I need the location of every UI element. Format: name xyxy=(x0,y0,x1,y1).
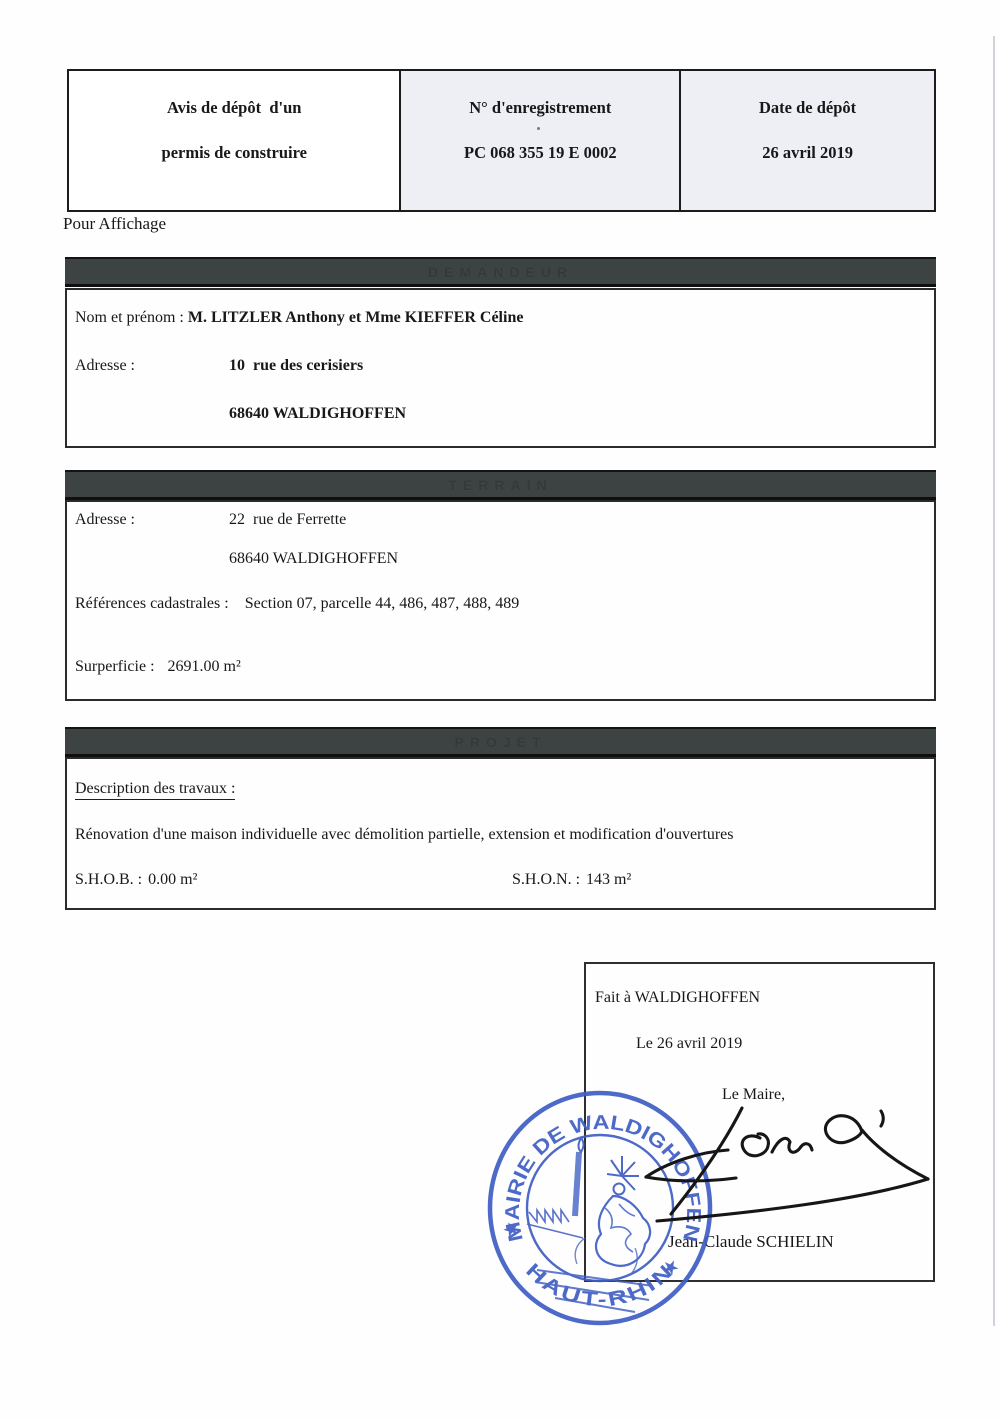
title-line2: permis de construire xyxy=(162,143,307,163)
registration-label: N° d'enregistrement xyxy=(469,98,611,118)
signature-strokes xyxy=(646,1108,928,1221)
header-cell-title: Avis de dépôt d'un permis de construire xyxy=(69,71,399,210)
scanned-document-page: Avis de dépôt d'un permis de construire … xyxy=(0,0,1000,1419)
description-value: Rénovation d'une maison individuelle ave… xyxy=(75,825,733,845)
registration-value: PC 068 355 19 E 0002 xyxy=(464,143,617,163)
header-table: Avis de dépôt d'un permis de construire … xyxy=(67,69,936,212)
header-cell-date: Date de dépôt 26 avril 2019 xyxy=(679,71,934,210)
area-value: 2691.00 m² xyxy=(168,658,241,675)
projet-box: Description des travaux : Rénovation d'u… xyxy=(65,757,936,910)
terrain-address-line2: 68640 WALDIGHOFFEN xyxy=(229,549,398,569)
demandeur-address-line2: 68640 WALDIGHOFFEN xyxy=(229,404,406,424)
banner-demandeur: DEMANDEUR xyxy=(65,257,936,287)
area-label: Surperficie : xyxy=(75,658,155,675)
terrain-address-line1: 22 rue de Ferrette xyxy=(229,510,346,530)
terrain-cadastral-row: Références cadastrales :Section 07, parc… xyxy=(75,594,519,614)
scan-dot-artifact xyxy=(537,127,540,130)
terrain-box: Adresse : 22 rue de Ferrette 68640 WALDI… xyxy=(65,500,936,701)
description-label-row: Description des travaux : xyxy=(75,779,235,799)
demandeur-name-label: Nom et prénom : xyxy=(75,309,184,326)
display-note: Pour Affichage xyxy=(63,214,166,234)
shon-row: S.H.O.N. :143 m² xyxy=(512,870,631,890)
shob-row: S.H.O.B. :0.00 m² xyxy=(75,870,197,890)
demandeur-box: Nom et prénom : M. LITZLER Anthony et Mm… xyxy=(65,288,936,448)
demandeur-address-line1: 10 rue des cerisiers xyxy=(229,356,363,376)
banner-projet: PROJET xyxy=(65,727,936,757)
stamp-bottom-text-curve: HAUT-RHIN xyxy=(521,1259,678,1311)
signature-date: Le 26 avril 2019 xyxy=(636,1034,742,1054)
shon-label: S.H.O.N. : xyxy=(512,871,580,888)
description-label: Description des travaux : xyxy=(75,780,235,800)
deposit-date-label: Date de dépôt xyxy=(759,98,856,118)
shon-value: 143 m² xyxy=(586,871,631,888)
shob-value: 0.00 m² xyxy=(148,871,197,888)
deposit-date-value: 26 avril 2019 xyxy=(762,143,853,163)
handwritten-signature xyxy=(630,1095,950,1230)
terrain-address-label: Adresse : xyxy=(75,510,135,530)
demandeur-name-value: M. LITZLER Anthony et Mme KIEFFER Céline xyxy=(188,309,524,326)
cadastral-value: Section 07, parcelle 44, 486, 487, 488, … xyxy=(245,595,520,612)
cadastral-label: Références cadastrales : xyxy=(75,595,229,612)
demandeur-name-row: Nom et prénom : M. LITZLER Anthony et Mm… xyxy=(75,308,523,328)
header-cell-registration: N° d'enregistrement PC 068 355 19 E 0002 xyxy=(399,71,679,210)
shob-label: S.H.O.B. : xyxy=(75,871,142,888)
stamp-bottom-text: HAUT-RHIN xyxy=(521,1259,678,1311)
title-line1: Avis de dépôt d'un xyxy=(167,98,301,118)
scan-edge-artifact xyxy=(993,36,995,1326)
signature-place: Fait à WALDIGHOFFEN xyxy=(595,988,760,1008)
banner-terrain: TERRAIN xyxy=(65,470,936,500)
terrain-area-row: Surperficie :2691.00 m² xyxy=(75,657,241,677)
demandeur-address-label: Adresse : xyxy=(75,356,135,376)
